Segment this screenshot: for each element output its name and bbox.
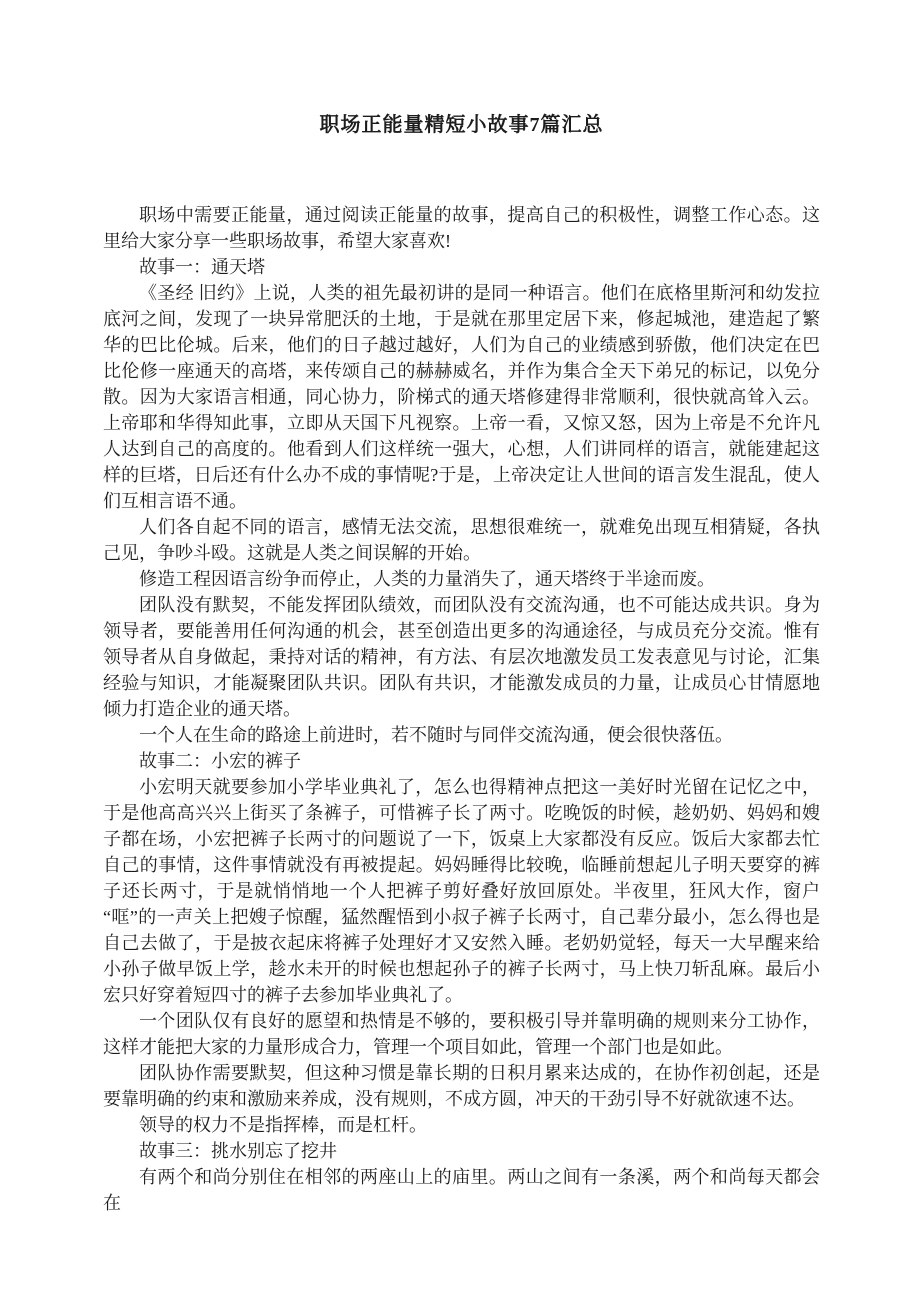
document-body: 职场中需要正能量，通过阅读正能量的故事，提高自己的积极性，调整工作心态。这里给大… xyxy=(103,202,820,1216)
body-paragraph: 《圣经 旧约》上说，人类的祖先最初讲的是同一种语言。他们在底格里斯河和幼发拉底河… xyxy=(103,280,820,514)
story-heading: 故事二：小宏的裤子 xyxy=(103,748,820,774)
body-paragraph: 人们各自起不同的语言，感情无法交流，思想很难统一，就难免出现互相猜疑，各执己见，… xyxy=(103,514,820,566)
body-paragraph: 有两个和尚分别住在相邻的两座山上的庙里。两山之间有一条溪，两个和尚每天都会在 xyxy=(103,1164,820,1216)
document-page: 职场正能量精短小故事7篇汇总 职场中需要正能量，通过阅读正能量的故事，提高自己的… xyxy=(0,0,920,1302)
body-paragraph: 修造工程因语言纷争而停止，人类的力量消失了，通天塔终于半途而废。 xyxy=(103,566,820,592)
story-heading: 故事三：挑水别忘了挖井 xyxy=(103,1138,820,1164)
document-title: 职场正能量精短小故事7篇汇总 xyxy=(103,110,820,140)
body-paragraph: 一个人在生命的路途上前进时，若不随时与同伴交流沟通，便会很快落伍。 xyxy=(103,722,820,748)
body-paragraph: 领导的权力不是指挥棒，而是杠杆。 xyxy=(103,1112,820,1138)
body-paragraph: 团队协作需要默契，但这种习惯是靠长期的日积月累来达成的，在协作初创起，还是要靠明… xyxy=(103,1060,820,1112)
body-paragraph: 团队没有默契，不能发挥团队绩效，而团队没有交流沟通，也不可能达成共识。身为领导者… xyxy=(103,592,820,722)
body-paragraph: 职场中需要正能量，通过阅读正能量的故事，提高自己的积极性，调整工作心态。这里给大… xyxy=(103,202,820,254)
body-paragraph: 一个团队仅有良好的愿望和热情是不够的，要积极引导并靠明确的规则来分工协作，这样才… xyxy=(103,1008,820,1060)
story-heading: 故事一：通天塔 xyxy=(103,254,820,280)
body-paragraph: 小宏明天就要参加小学毕业典礼了，怎么也得精神点把这一美好时光留在记忆之中，于是他… xyxy=(103,774,820,1008)
